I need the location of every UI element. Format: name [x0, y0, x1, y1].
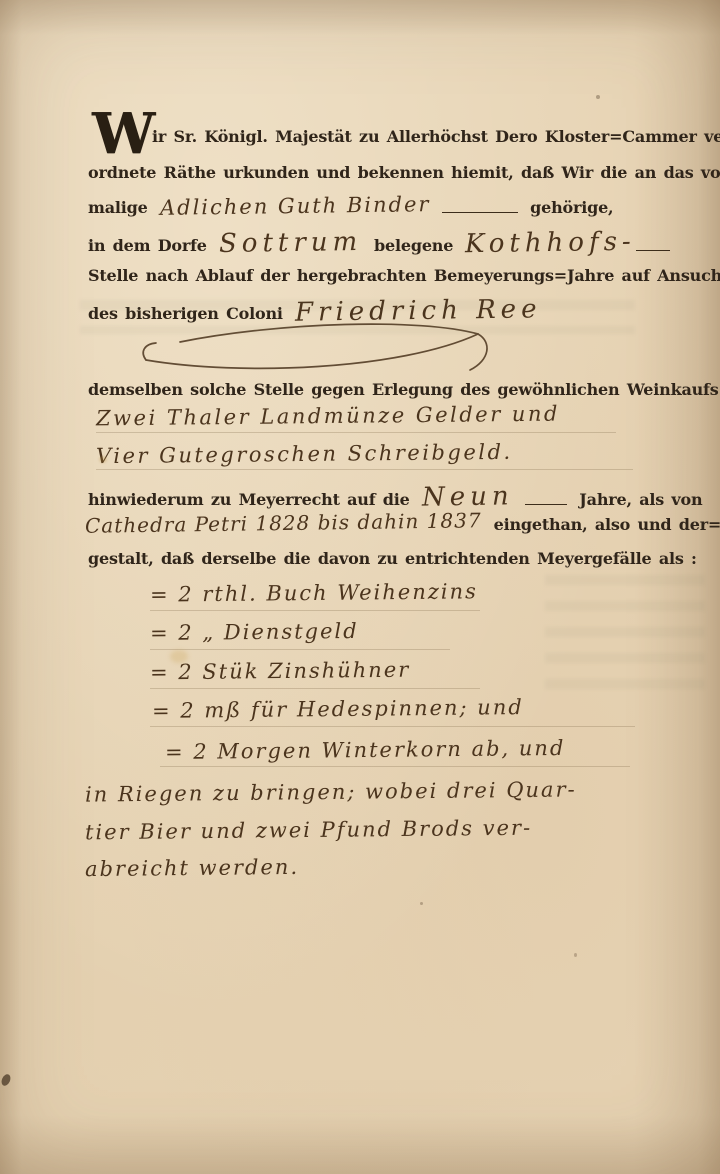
handwritten-line: Vier Gutegroschen Schreibgeld.: [96, 440, 513, 468]
form-line: hinwiederum zu Meyerrecht auf die Neun J…: [88, 482, 702, 512]
paper-stain: [99, 456, 107, 463]
blank-line: [636, 235, 670, 251]
handwritten-line: in Riegen zu bringen; wobei drei Quar-: [85, 777, 577, 806]
print-line: ir Sr. Königl. Majestät zu Allerhöchst D…: [152, 127, 720, 146]
print-line: gestalt, daß derselbe die davon zu entri…: [88, 549, 697, 568]
print-segment: hinwiederum zu Meyerrecht auf die: [88, 490, 410, 509]
handwritten-line: tier Bier und zwei Pfund Brods ver-: [85, 816, 532, 845]
print-segment: malige: [88, 198, 148, 217]
print-segment: Jahre, als von: [579, 490, 702, 509]
print-line: ordnete Räthe urkunden und bekennen hiem…: [88, 163, 720, 182]
print-segment: in dem Dorfe: [88, 236, 207, 255]
print-line: Stelle nach Ablauf der hergebrachten Bem…: [88, 266, 720, 285]
print-segment: belegene: [374, 236, 453, 255]
handwritten-entry: Adlichen Guth Binder: [159, 192, 430, 220]
form-line: in dem Dorfe Sottrum belegene Kothhofs-: [88, 228, 670, 258]
document-page: W ir Sr. Königl. Majestät zu Allerhöchst…: [0, 0, 720, 1174]
verso-showthrough: [80, 300, 635, 334]
ink-speck: [0, 1073, 12, 1087]
handwritten-line: abreicht werden.: [85, 855, 299, 881]
dues-item: = 2 Morgen Winterkorn ab, und: [165, 736, 566, 764]
ink-speck: [574, 953, 577, 957]
blank-line: [442, 197, 518, 213]
verso-showthrough: [545, 575, 705, 705]
guide-rule: [150, 649, 450, 650]
blank-line: [525, 489, 567, 505]
form-line: malige Adlichen Guth Binder gehörige,: [88, 194, 613, 218]
form-line: Cathedra Petri 1828 bis dahin 1837 einge…: [85, 511, 720, 535]
ink-speck: [596, 95, 600, 99]
handwritten-entry: Cathedra Petri 1828 bis dahin 1837: [85, 508, 482, 538]
print-segment: gehörige,: [530, 198, 613, 217]
guide-rule: [160, 766, 630, 767]
guide-rule: [150, 610, 480, 611]
print-line: demselben solche Stelle gegen Erlegung d…: [88, 380, 720, 399]
print-segment: eingethan, also und der=: [494, 515, 720, 534]
drop-cap-initial: W: [92, 106, 155, 162]
dues-item: = 2 rthl. Buch Weihenzins: [150, 579, 478, 606]
handwritten-entry: Sottrum: [219, 227, 363, 259]
dues-item: = 2 „ Dienstgeld: [150, 619, 359, 645]
dues-item: = 2 mß für Hedespinnen; und: [152, 695, 524, 723]
guide-rule: [96, 469, 633, 470]
handwritten-line: Zwei Thaler Landmünze Gelder und: [96, 402, 560, 431]
guide-rule: [96, 432, 616, 433]
paper-stain: [170, 650, 188, 663]
handwritten-entry: Kothhofs-: [465, 227, 636, 259]
ink-speck: [420, 902, 423, 905]
dues-item: = 2 Stük Zinshühner: [150, 658, 410, 685]
guide-rule: [150, 688, 480, 689]
guide-rule: [150, 726, 635, 727]
